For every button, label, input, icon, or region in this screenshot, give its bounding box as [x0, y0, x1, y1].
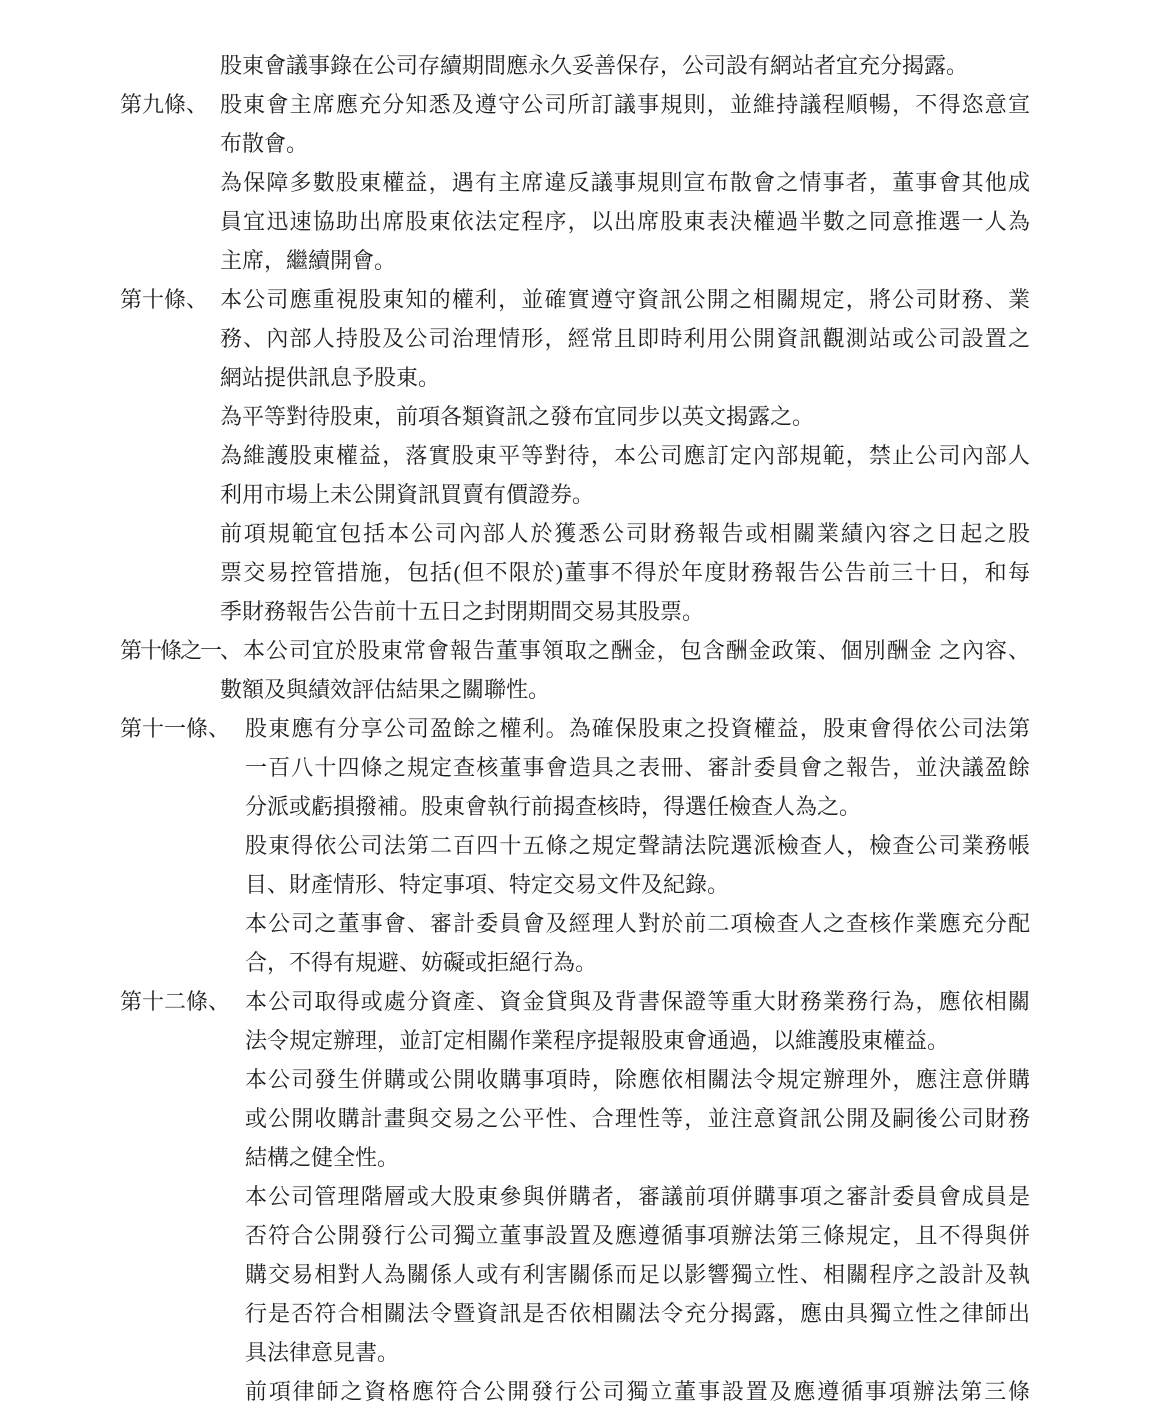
- article-text: 員宜迅速協助出席股東依法定程序，以出席股東表決權過半數之同意推選一人為: [220, 202, 1030, 241]
- article-text: 票交易控管措施，包括(但不限於)董事不得於年度財務報告公告前三十日，和每: [220, 553, 1030, 592]
- article-text: 為保障多數股東權益，遇有主席違反議事規則宣布散會之情事者，董事會其他成: [220, 163, 1030, 202]
- document-line: 分派或虧損撥補。股東會執行前揭查核時，得選任檢查人為之。: [0, 787, 1152, 826]
- article-number: 第十二條、: [120, 982, 230, 1021]
- document-line: 購交易相對人為關係人或有利害關係而足以影響獨立性、相關程序之設計及執: [0, 1255, 1152, 1294]
- document-line: 或公開收購計畫與交易之公平性、合理性等，並注意資訊公開及嗣後公司財務: [0, 1099, 1152, 1138]
- article-number: 第十條、: [120, 280, 208, 319]
- document-line: 股東得依公司法第二百四十五條之規定聲請法院選派檢查人，檢查公司業務帳: [0, 826, 1152, 865]
- article-text: 合，不得有規避、妨礙或拒絕行為。: [245, 943, 1030, 982]
- article-text: 分派或虧損撥補。股東會執行前揭查核時，得選任檢查人為之。: [245, 787, 1030, 826]
- document-line: 數額及與績效評估結果之關聯性。: [0, 670, 1152, 709]
- document-line: 為保障多數股東權益，遇有主席違反議事規則宣布散會之情事者，董事會其他成: [0, 163, 1152, 202]
- article-text: 數額及與績效評估結果之關聯性。: [220, 670, 1030, 709]
- article-text: 購交易相對人為關係人或有利害關係而足以影響獨立性、相關程序之設計及執: [245, 1255, 1030, 1294]
- document-line: 一百八十四條之規定查核董事會造具之表冊、審計委員會之報告，並決議盈餘: [0, 748, 1152, 787]
- article-text: 務、內部人持股及公司治理情形，經常且即時利用公開資訊觀測站或公司設置之: [220, 319, 1030, 358]
- article-text: 本公司管理階層或大股東參與併購者，審議前項併購事項之審計委員會成員是: [245, 1177, 1030, 1216]
- document-line: 本公司之董事會、審計委員會及經理人對於前二項檢查人之查核作業應充分配: [0, 904, 1152, 943]
- article-text: 股東會議事錄在公司存續期間應永久妥善保存，公司設有網站者宜充分揭露。: [220, 46, 1030, 85]
- article-text: 布散會。: [220, 124, 1030, 163]
- article-text: 本公司之董事會、審計委員會及經理人對於前二項檢查人之查核作業應充分配: [245, 904, 1030, 943]
- document-line: 具法律意見書。: [0, 1333, 1152, 1372]
- document-line: 票交易控管措施，包括(但不限於)董事不得於年度財務報告公告前三十日，和每: [0, 553, 1152, 592]
- document-line: 第十二條、本公司取得或處分資產、資金貸與及背書保證等重大財務業務行為，應依相關: [0, 982, 1152, 1021]
- document-line: 務、內部人持股及公司治理情形，經常且即時利用公開資訊觀測站或公司設置之: [0, 319, 1152, 358]
- article-number: 第十條之一、: [120, 631, 240, 670]
- article-text: 利用市場上未公開資訊買賣有價證券。: [220, 475, 1030, 514]
- article-text: 前項律師之資格應符合公開發行公司獨立董事設置及應遵循事項辦法第三條: [245, 1372, 1030, 1411]
- document-line: 第十條之一、本公司宜於股東常會報告董事領取之酬金，包含酬金政策、個別酬金 之內容…: [0, 631, 1152, 670]
- article-text: 否符合公開發行公司獨立董事設置及應遵循事項辦法第三條規定，且不得與併: [245, 1216, 1030, 1255]
- article-text: 前項規範宜包括本公司內部人於獲悉公司財務報告或相關業績內容之日起之股: [220, 514, 1030, 553]
- document-line: 網站提供訊息予股東。: [0, 358, 1152, 397]
- article-text: 行是否符合相關法令暨資訊是否依相關法令充分揭露，應由具獨立性之律師出: [245, 1294, 1030, 1333]
- article-text: 本公司發生併購或公開收購事項時，除應依相關法令規定辦理外，應注意併購: [245, 1060, 1030, 1099]
- document-page: 股東會議事錄在公司存續期間應永久妥善保存，公司設有網站者宜充分揭露。第九條、股東…: [0, 0, 1152, 1423]
- document-line: 第十條、本公司應重視股東知的權利，並確實遵守資訊公開之相關規定，將公司財務、業: [0, 280, 1152, 319]
- article-text: 或公開收購計畫與交易之公平性、合理性等，並注意資訊公開及嗣後公司財務: [245, 1099, 1030, 1138]
- article-text: 法令規定辦理，並訂定相關作業程序提報股東會通過，以維護股東權益。: [245, 1021, 1030, 1060]
- article-text: 本公司取得或處分資產、資金貸與及背書保證等重大財務業務行為，應依相關: [245, 982, 1030, 1021]
- article-text: 目、財產情形、特定事項、特定交易文件及紀錄。: [245, 865, 1030, 904]
- article-text: 季財務報告公告前十五日之封閉期間交易其股票。: [220, 592, 1030, 631]
- article-number: 第九條、: [120, 85, 208, 124]
- article-text: 為維護股東權益，落實股東平等對待，本公司應訂定內部規範，禁止公司內部人: [220, 436, 1030, 475]
- document-line: 行是否符合相關法令暨資訊是否依相關法令充分揭露，應由具獨立性之律師出: [0, 1294, 1152, 1333]
- document-line: 主席，繼續開會。: [0, 241, 1152, 280]
- document-line: 為維護股東權益，落實股東平等對待，本公司應訂定內部規範，禁止公司內部人: [0, 436, 1152, 475]
- article-text: 主席，繼續開會。: [220, 241, 1030, 280]
- document-line: 布散會。: [0, 124, 1152, 163]
- document-line: 否符合公開發行公司獨立董事設置及應遵循事項辦法第三條規定，且不得與併: [0, 1216, 1152, 1255]
- article-text: 股東會主席應充分知悉及遵守公司所訂議事規則，並維持議程順暢，不得恣意宣: [220, 85, 1030, 124]
- article-text: 為平等對待股東，前項各類資訊之發布宜同步以英文揭露之。: [220, 397, 1030, 436]
- article-text: 具法律意見書。: [245, 1333, 1030, 1372]
- document-line: 員宜迅速協助出席股東依法定程序，以出席股東表決權過半數之同意推選一人為: [0, 202, 1152, 241]
- article-text: 網站提供訊息予股東。: [220, 358, 1030, 397]
- document-line: 合，不得有規避、妨礙或拒絕行為。: [0, 943, 1152, 982]
- article-text: 股東應有分享公司盈餘之權利。為確保股東之投資權益，股東會得依公司法第: [245, 709, 1030, 748]
- document-line: 法令規定辦理，並訂定相關作業程序提報股東會通過，以維護股東權益。: [0, 1021, 1152, 1060]
- article-text: 本公司應重視股東知的權利，並確實遵守資訊公開之相關規定，將公司財務、業: [220, 280, 1030, 319]
- document-line: 第十一條、股東應有分享公司盈餘之權利。為確保股東之投資權益，股東會得依公司法第: [0, 709, 1152, 748]
- document-line: 股東會議事錄在公司存續期間應永久妥善保存，公司設有網站者宜充分揭露。: [0, 46, 1152, 85]
- document-line: 本公司管理階層或大股東參與併購者，審議前項併購事項之審計委員會成員是: [0, 1177, 1152, 1216]
- document-line: 前項規範宜包括本公司內部人於獲悉公司財務報告或相關業績內容之日起之股: [0, 514, 1152, 553]
- document-line: 本公司發生併購或公開收購事項時，除應依相關法令規定辦理外，應注意併購: [0, 1060, 1152, 1099]
- document-line: 前項律師之資格應符合公開發行公司獨立董事設置及應遵循事項辦法第三條: [0, 1372, 1152, 1411]
- article-text: 一百八十四條之規定查核董事會造具之表冊、審計委員會之報告，並決議盈餘: [245, 748, 1030, 787]
- article-text: 結構之健全性。: [245, 1138, 1030, 1177]
- article-text: 股東得依公司法第二百四十五條之規定聲請法院選派檢查人，檢查公司業務帳: [245, 826, 1030, 865]
- document-line: 為平等對待股東，前項各類資訊之發布宜同步以英文揭露之。: [0, 397, 1152, 436]
- document-line: 結構之健全性。: [0, 1138, 1152, 1177]
- article-text: 本公司宜於股東常會報告董事領取之酬金，包含酬金政策、個別酬金 之內容、: [243, 631, 1030, 670]
- document-line: 第九條、股東會主席應充分知悉及遵守公司所訂議事規則，並維持議程順暢，不得恣意宣: [0, 85, 1152, 124]
- document-line: 利用市場上未公開資訊買賣有價證券。: [0, 475, 1152, 514]
- article-number: 第十一條、: [120, 709, 230, 748]
- document-line: 季財務報告公告前十五日之封閉期間交易其股票。: [0, 592, 1152, 631]
- document-line: 目、財產情形、特定事項、特定交易文件及紀錄。: [0, 865, 1152, 904]
